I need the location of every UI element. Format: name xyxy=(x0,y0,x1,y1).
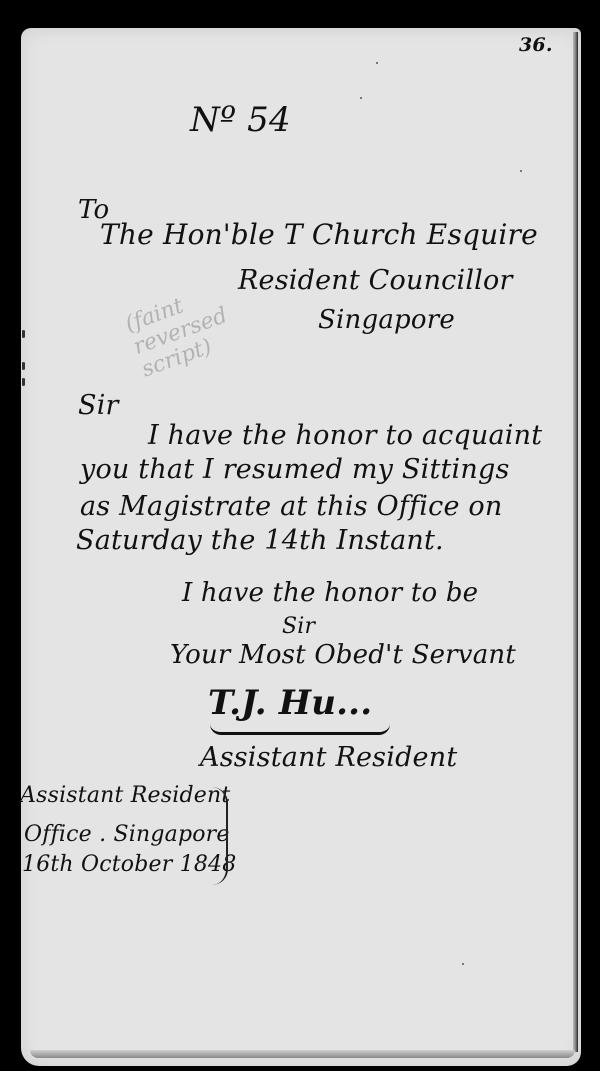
closing-line-2: Sir xyxy=(282,614,315,639)
page-edge-shadow xyxy=(573,32,578,1052)
paper-speck xyxy=(462,963,464,965)
closing-line-1: I have the honor to be xyxy=(182,578,478,608)
paper-speck xyxy=(520,170,522,172)
docket-line-2: Office . Singapore xyxy=(24,822,230,847)
docket-line-3: 16th October 1848 xyxy=(22,852,236,877)
closing-line-3: Your Most Obed't Servant xyxy=(170,640,516,670)
address-line-3: Singapore xyxy=(318,305,455,335)
address-line-2: Resident Councillor xyxy=(238,265,513,296)
signature: T.J. Hu... xyxy=(208,683,372,723)
body-line-1: I have the honor to acquaint xyxy=(148,420,542,451)
margin-ink-mark xyxy=(22,330,25,338)
margin-ink-mark xyxy=(22,378,25,386)
salutation: Sir xyxy=(78,390,119,421)
folio-number: 36. xyxy=(519,34,553,56)
paper-speck xyxy=(376,62,378,64)
body-line-2: you that I resumed my Sittings xyxy=(80,454,510,485)
letter-number: Nº 54 xyxy=(190,100,291,140)
signatory-title: Assistant Resident xyxy=(200,742,457,773)
margin-ink-mark xyxy=(22,362,25,370)
paper-speck xyxy=(360,97,362,99)
docket-line-1: Assistant Resident xyxy=(20,783,230,808)
body-line-3: as Magistrate at this Office on xyxy=(80,491,502,522)
signature-flourish xyxy=(210,724,390,735)
body-line-4: Saturday the 14th Instant. xyxy=(76,525,444,556)
address-line-1: The Hon'ble T Church Esquire xyxy=(100,218,538,251)
page-bottom-edge xyxy=(30,1050,575,1058)
docket-brace xyxy=(212,787,228,885)
